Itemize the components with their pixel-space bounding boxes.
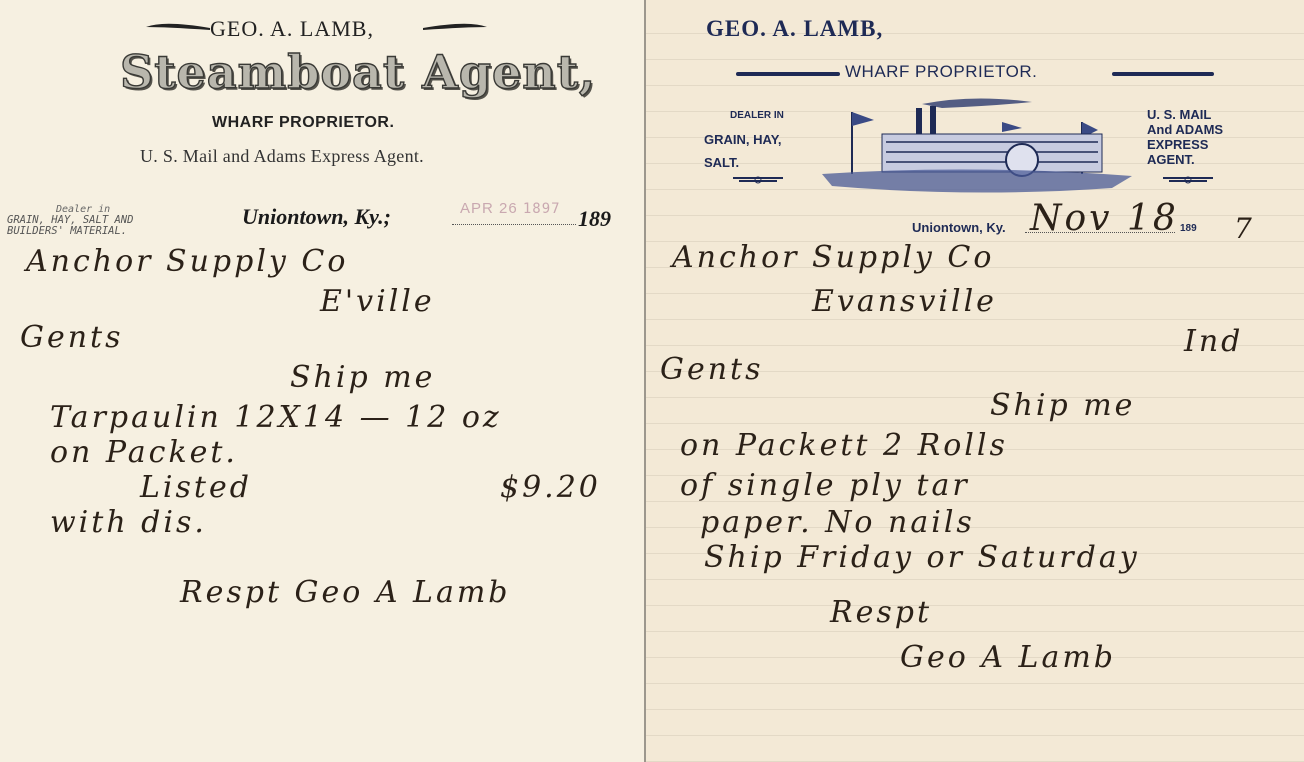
letterhead-title: Steamboat Agent, [120,45,596,99]
swash-ornament-right-icon [423,22,487,32]
agency-line: And ADAMS [1147,122,1223,137]
hw-body-line: on Packet. [50,435,238,470]
letterhead-place: Uniontown, Ky. [912,220,1006,235]
letterhead-name: GEO. A. LAMB, [706,16,883,42]
stamp-date: APR 26 [460,200,518,217]
rule-right [1112,72,1214,76]
scroll-ornament-icon [1163,176,1213,184]
hw-body-line: Listed [140,470,252,505]
hw-body-line: Ship me [990,388,1135,423]
steamboat-illustration-icon [812,94,1137,198]
hw-signature: Respt Geo A Lamb [180,575,511,610]
hw-price: $9.20 [500,470,601,505]
agency-line: EXPRESS [1147,137,1223,152]
hw-body-line: with dis. [50,505,207,540]
hw-year-suffix: 7 [1234,212,1255,245]
hw-date: Nov 18 [1030,198,1179,239]
letter-left: GEO. A. LAMB, Steamboat Agent, WHARF PRO… [0,0,644,762]
year-prefix: 189 [1180,223,1197,234]
hw-addressee: Anchor Supply Co [26,244,348,279]
scroll-ornament-icon [733,176,783,184]
hw-addressee: Anchor Supply Co [672,240,994,275]
hw-salutation: Gents [660,352,764,387]
hw-state: Ind [1184,324,1243,359]
hw-body-line: of single ply tar [680,468,970,503]
letterhead-subtitle: WHARF PROPRIETOR. [845,62,1037,82]
dealer-goods: GRAIN, HAY, SALT. [704,128,782,174]
agency-lines: U. S. MAIL And ADAMS EXPRESS AGENT. [1147,107,1223,167]
letterhead-name: GEO. A. LAMB, [210,16,374,42]
rule-left [736,72,840,76]
hw-closing: Respt [830,595,932,630]
hw-body-line: Ship me [290,360,435,395]
hw-city: E'ville [320,284,435,319]
dealer-in-label: DEALER IN [730,110,784,121]
hw-body-line: Ship Friday or Saturday [704,540,1140,575]
hw-salutation: Gents [20,320,124,355]
stamp-year: 1897 [523,201,561,217]
letterhead-place: Uniontown, Ky.; [242,204,391,230]
dealer-line: BUILDERS' MATERIAL. [7,226,133,237]
letterhead-agency: U. S. Mail and Adams Express Agent. [140,146,424,167]
letterhead-subtitle: WHARF PROPRIETOR. [212,114,394,132]
dealer-line: SALT. [704,151,782,174]
hw-city: Evansville [812,284,997,319]
hw-body-line: Tarpaulin 12X14 — 12 oz [50,400,502,435]
hw-body-line: on Packett 2 Rolls [680,428,1008,463]
year-prefix: 189 [578,206,611,232]
agency-line: AGENT. [1147,152,1223,167]
date-line [452,224,576,225]
swash-ornament-left-icon [146,22,210,32]
agency-line: U. S. MAIL [1147,107,1223,122]
dealer-line: GRAIN, HAY, [704,128,782,151]
hw-signature: Geo A Lamb [900,640,1116,675]
hw-body-line: paper. No nails [700,505,975,540]
dealer-goods: GRAIN, HAY, SALT AND BUILDERS' MATERIAL. [7,215,133,237]
date-stamp: APR 26 1897 [460,200,561,217]
